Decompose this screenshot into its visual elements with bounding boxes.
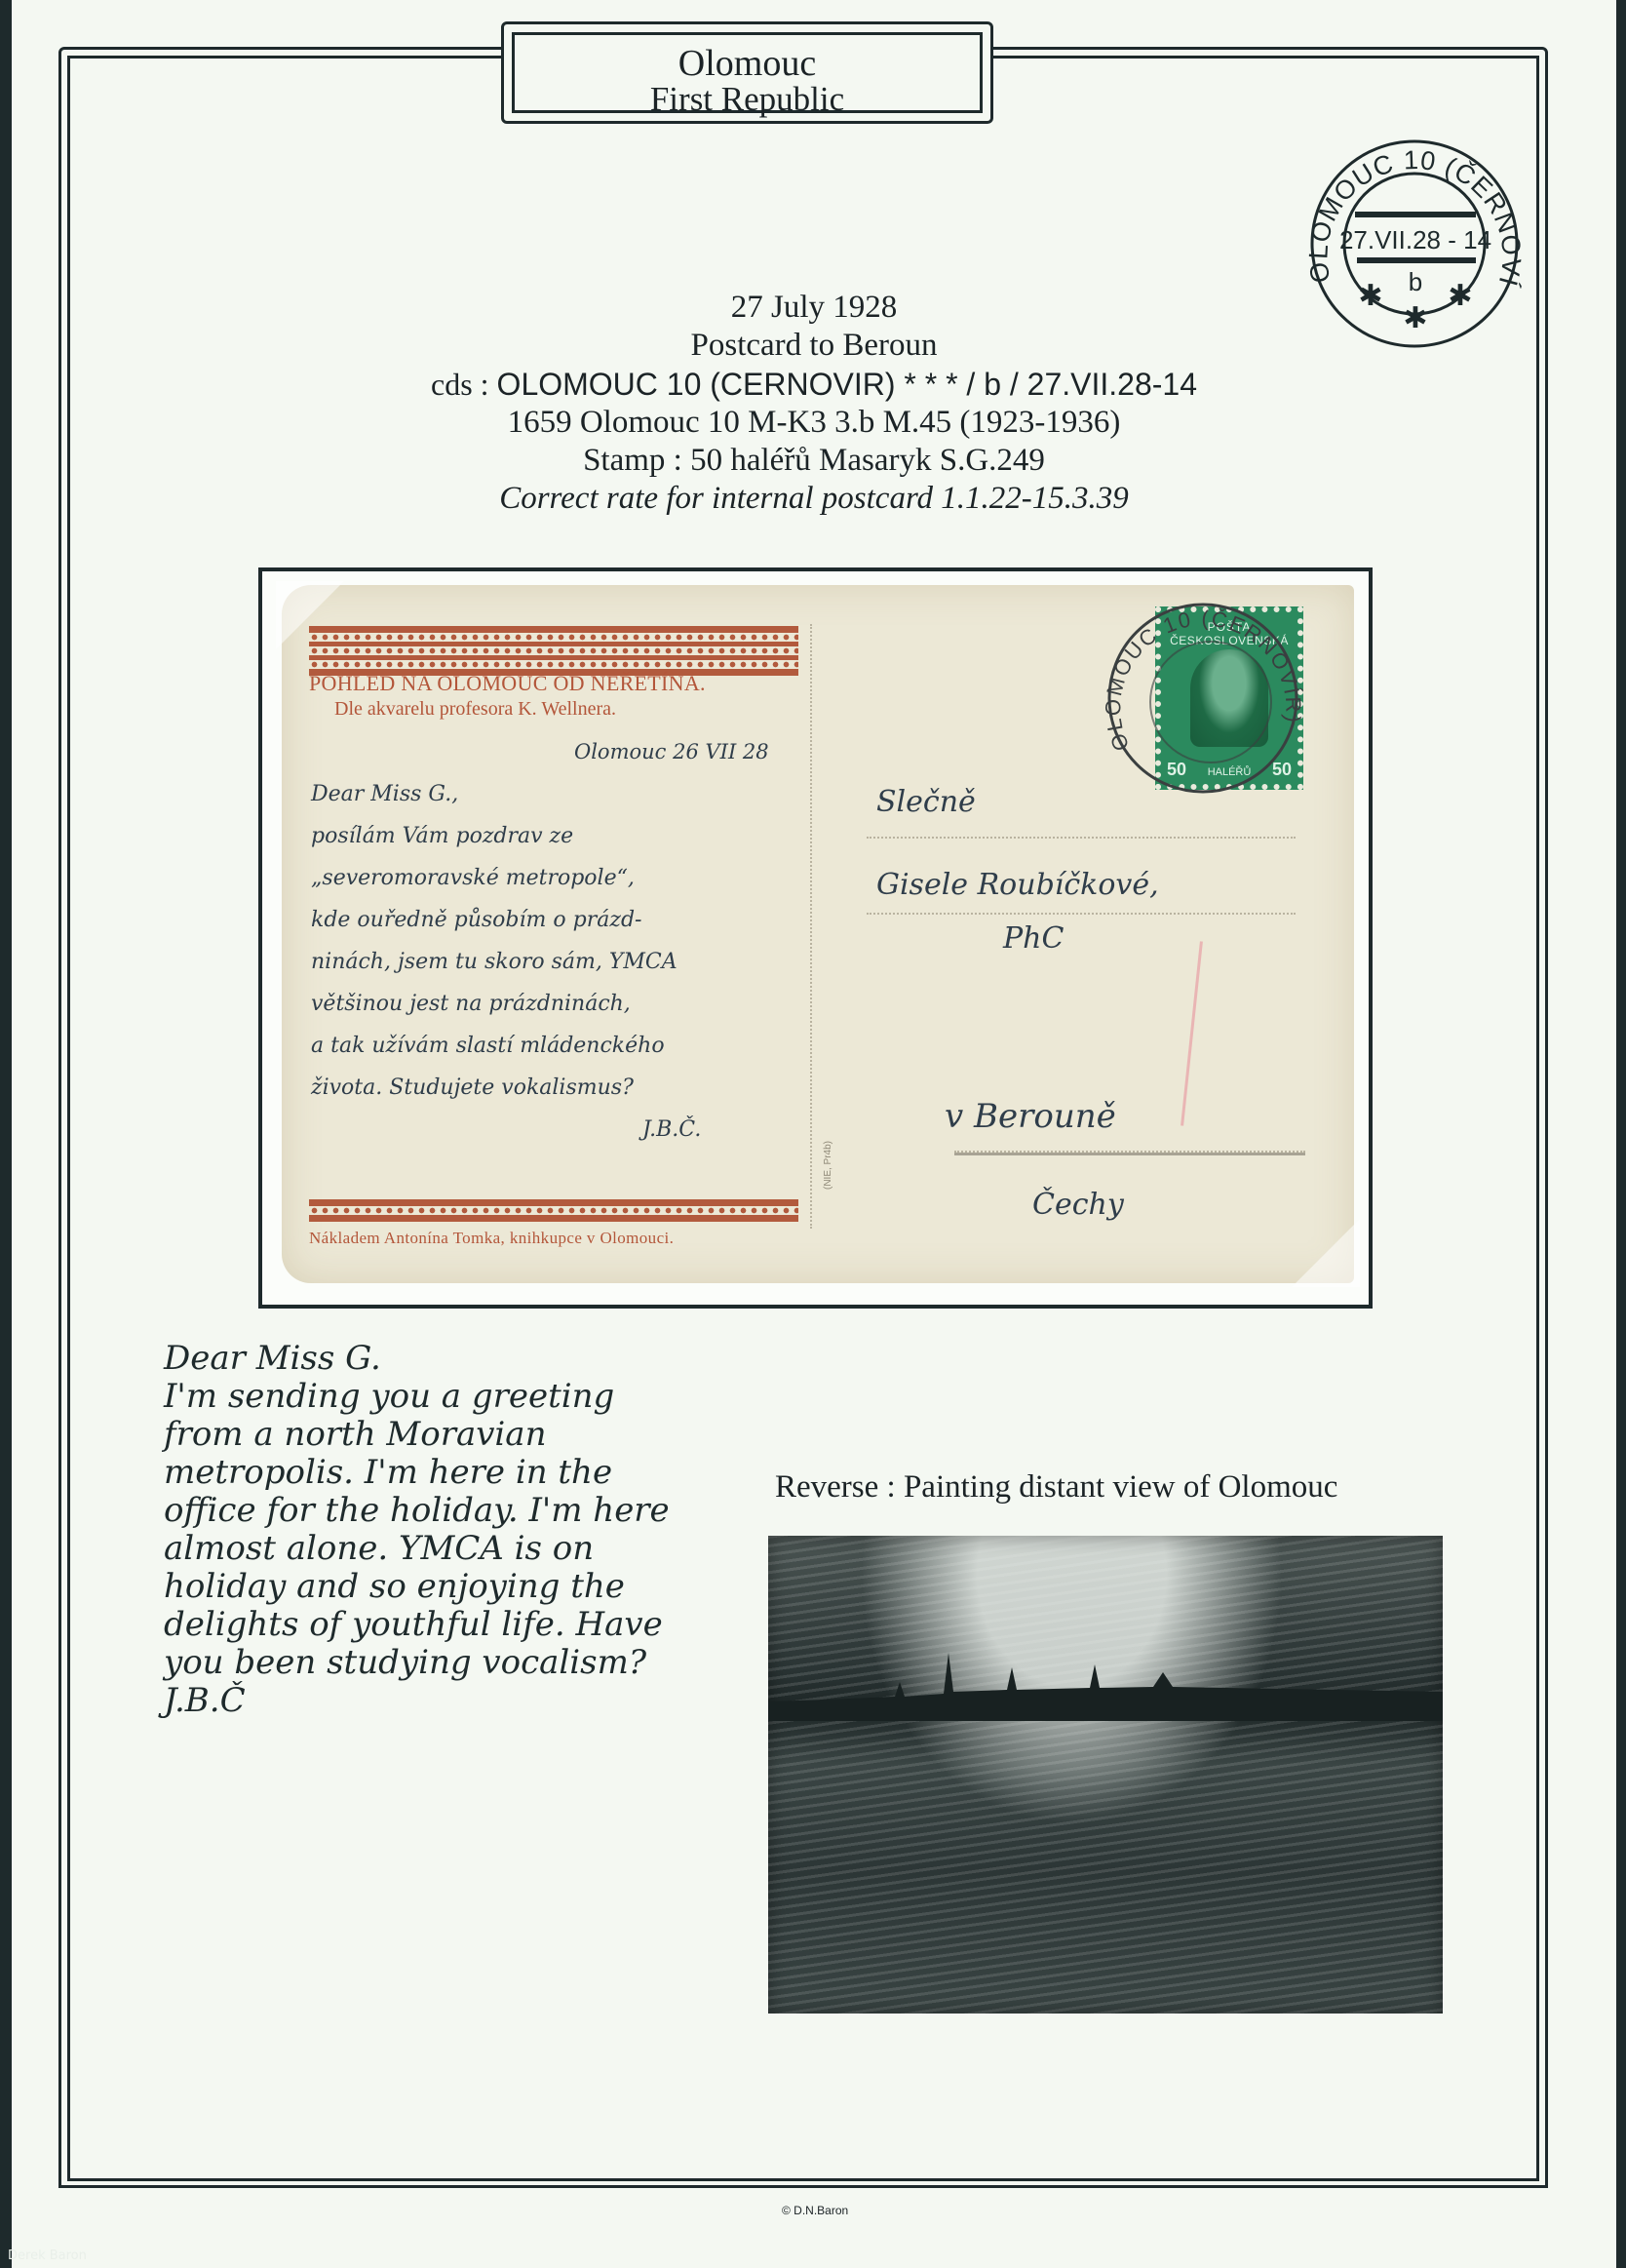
message-line: ninách, jsem tu skoro sám, YMCA <box>311 941 798 983</box>
postcard: POHLED NA OLOMOUC OD NEŘETÍNA. Dle akvar… <box>282 585 1354 1283</box>
postcard-message: Olomouc 26 VII 28 Dear Miss G., posílám … <box>311 731 798 1151</box>
printer-mark: (NIE, Pr4b) <box>823 1141 833 1190</box>
pencil-mark <box>1181 941 1203 1125</box>
translation-line: almost alone. YMCA is on <box>164 1530 710 1568</box>
watermark: Derek Baron <box>8 2248 87 2263</box>
message-line: a tak užívám slastí mládenckého <box>311 1025 798 1067</box>
desc-rate-note: Correct rate for internal postcard 1.1.2… <box>234 480 1394 518</box>
translation-text: Dear Miss G. I'm sending you a greeting … <box>164 1340 710 1720</box>
translation-line: from a north Moravian <box>164 1416 710 1454</box>
postcard-mount: POHLED NA OLOMOUC OD NEŘETÍNA. Dle akvar… <box>258 567 1373 1309</box>
address-rule <box>867 913 1296 915</box>
address-rule <box>867 837 1296 839</box>
translation-line: Dear Miss G. <box>164 1340 710 1378</box>
city-skyline <box>768 1643 1443 1721</box>
svg-text:OLOMOUC 10 (ČERNOVÍR): OLOMOUC 10 (ČERNOVÍR) <box>1101 606 1305 754</box>
postmark-star-icon: ✱ <box>1448 280 1472 312</box>
desc-cds: cds : OLOMOUC 10 (CERNOVIR) * * * / b / … <box>234 365 1394 404</box>
translation-line: holiday and so enjoying the <box>164 1568 710 1606</box>
scan-edge-left <box>0 0 12 2268</box>
copyright: © D.N.Baron <box>782 2204 848 2217</box>
message-line: „severomoravské metropole“, <box>311 857 798 899</box>
ornament-top <box>309 626 798 676</box>
postcard-caption-title: POHLED NA OLOMOUC OD NEŘETÍNA. <box>309 671 798 696</box>
desc-cds-value: OLOMOUC 10 (CERNOVIR) * * * / b / 27.VII… <box>497 367 1197 402</box>
postcard-divider <box>810 624 812 1229</box>
message-dateline: Olomouc 26 VII 28 <box>311 731 798 773</box>
translation-line: I'm sending you a greeting <box>164 1378 710 1416</box>
translation-line: you been studying vocalism? <box>164 1644 710 1682</box>
reverse-caption: Reverse : Painting distant view of Olomo… <box>775 1469 1337 1505</box>
desc-cds-prefix: cds : <box>431 367 497 402</box>
address-line-5: Čechy <box>1032 1188 1124 1222</box>
translation-line: metropolis. I'm here in the <box>164 1454 710 1492</box>
page-title: Olomouc <box>515 45 980 82</box>
address-line-2: Gisele Roubíčkové, <box>876 868 1159 902</box>
desc-stamp: Stamp : 50 haléřů Masaryk S.G.249 <box>234 442 1394 480</box>
postmark-letter: b <box>1409 267 1422 296</box>
ornament-bottom <box>309 1199 798 1222</box>
postcard-cancellation: OLOMOUC 10 (ČERNOVÍR) <box>1096 591 1310 805</box>
translation-line: delights of youthful life. Have <box>164 1606 710 1644</box>
postmark-star-icon: ✱ <box>1403 302 1427 334</box>
postcard-caption-sub: Dle akvarelu profesora K. Wellnera. <box>309 698 798 721</box>
title-box: Olomouc First Republic <box>501 21 993 124</box>
reverse-image <box>768 1536 1443 2014</box>
scan-edge-right <box>1616 0 1626 2268</box>
message-line: většinou jest na prázdninách, <box>311 983 798 1025</box>
message-line: kde ouředně působím o prázd- <box>311 899 798 941</box>
translation-line: J.B.Č <box>164 1682 710 1720</box>
desc-date: 27 July 1928 <box>234 289 1394 327</box>
postcard-publisher: Nákladem Antonína Tomka, knihkupce v Olo… <box>309 1229 798 1248</box>
message-signature: J.B.Č. <box>311 1109 798 1151</box>
postmark-date: 27.VII.28 - 14 <box>1339 225 1491 254</box>
message-line: posílám Vám pozdrav ze <box>311 815 798 857</box>
desc-item: Postcard to Beroun <box>234 327 1394 365</box>
mount-corner <box>1292 1219 1360 1287</box>
address-line-3: PhC <box>1003 921 1064 956</box>
desc-catalogue: 1659 Olomouc 10 M-K3 3.b M.45 (1923-1936… <box>234 404 1394 442</box>
message-line: života. Studujete vokalismus? <box>311 1067 798 1109</box>
address-underline <box>954 1153 1305 1155</box>
page-subtitle: First Republic <box>515 82 980 117</box>
description-block: 27 July 1928 Postcard to Beroun cds : OL… <box>234 289 1394 518</box>
translation-line: office for the holiday. I'm here <box>164 1492 710 1530</box>
postcard-caption: POHLED NA OLOMOUC OD NEŘETÍNA. Dle akvar… <box>309 671 798 721</box>
address-line-1: Slečně <box>876 785 976 819</box>
address-line-4: v Berouně <box>945 1097 1116 1136</box>
message-line: Dear Miss G., <box>311 773 798 815</box>
